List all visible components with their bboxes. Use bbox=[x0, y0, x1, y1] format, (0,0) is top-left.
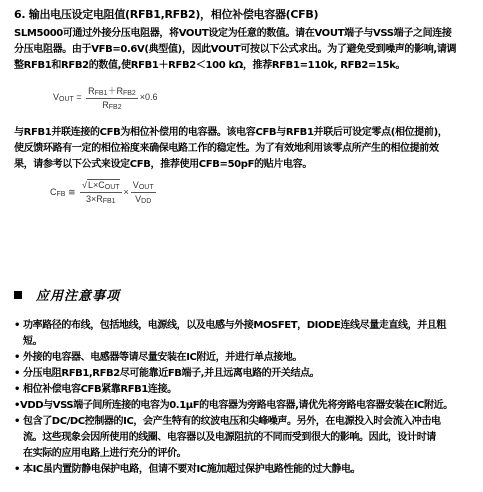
cfb-formula: CFB ≅ √L×COUT 3×RFB1 × VOUT VDD bbox=[50, 180, 158, 205]
paragraph-line: 使反馈环路有一定的相位裕度来确保电路工作的稳定性。为了有效地利用该零点所产生的相… bbox=[14, 141, 472, 157]
datasheet-page: 6. 输出电压设定电阻值(RFB1,RFB2)，相位补偿电容器(CFB) SLM… bbox=[0, 0, 483, 492]
numerator: VOUT bbox=[131, 180, 156, 193]
list-item-line: 相位补偿电容CFB紧靠RFB1连接。 bbox=[23, 382, 476, 398]
multiplier: ×0.6 bbox=[140, 92, 158, 102]
list-item-line: 在实际的应用电路上进行充分的评价。 bbox=[23, 446, 476, 462]
list-item-line: 分压电阻RFB1,RFB2尽可能靠近FB端子,并且远离电路的开关结点。 bbox=[23, 366, 476, 382]
equals-sign: = bbox=[76, 92, 81, 102]
list-item: • 功率路径的布线，包括地线，电源线，以及电感与外接MOSFET，DIODE连线… bbox=[14, 318, 476, 350]
application-notes-list: • 功率路径的布线，包括地线，电源线，以及电感与外接MOSFET，DIODE连线… bbox=[14, 318, 476, 478]
list-item-line: 短。 bbox=[23, 334, 476, 350]
bullet-icon: • bbox=[14, 350, 20, 366]
square-bullet-icon bbox=[14, 291, 22, 299]
formula-lhs: CFB bbox=[50, 187, 65, 197]
bullet-icon: • bbox=[14, 382, 20, 398]
paragraph-line: 分压电阻器。由于VFB=0.6V(典型值)，因此VOUT可按以下公式求出。为了避… bbox=[14, 42, 472, 58]
list-item-line: 本IC虽内置防静电保护电路，但请不要对IC施加超过保护电路性能的过大静电。 bbox=[23, 462, 476, 478]
numerator: RFB1＋RFB2 bbox=[86, 84, 138, 99]
list-item-text: VDD与VSS端子间所连接的电容为0.1μF的电容器为旁路电容器,请优先将旁路电… bbox=[20, 400, 453, 411]
numerator: √L×COUT bbox=[80, 180, 122, 193]
paragraph-phase-compensation: 与RFB1并联连接的CFB为相位补偿用的电容器。该电容CFB与RFB1并联后可设… bbox=[14, 125, 472, 173]
list-item-line: 功率路径的布线，包括地线，电源线，以及电感与外接MOSFET，DIODE连线尽量… bbox=[23, 318, 476, 334]
subscript: OUT bbox=[139, 184, 154, 191]
list-item: • 本IC虽内置防静电保护电路，但请不要对IC施加超过保护电路性能的过大静电。 bbox=[14, 462, 476, 478]
paragraph-line: SLM5000可通过外接分压电阻器，将VOUT设定为任意的数值。请在VOUT端子… bbox=[14, 26, 472, 42]
fraction: VOUT VDD bbox=[131, 180, 156, 205]
list-item-line: •VDD与VSS端子间所连接的电容为0.1μF的电容器为旁路电容器,请优先将旁路… bbox=[14, 398, 476, 414]
application-notes-heading: 应用注意事项 bbox=[14, 285, 120, 304]
formula-lhs: VOUT bbox=[53, 92, 74, 102]
bullet-icon: • bbox=[14, 414, 20, 430]
symbol: L×C bbox=[88, 180, 105, 190]
fraction: √L×COUT 3×RFB1 bbox=[80, 180, 122, 205]
symbol: 3×R bbox=[86, 194, 103, 204]
section-title: 6. 输出电压设定电阻值(RFB1,RFB2)，相位补偿电容器(CFB) bbox=[14, 6, 318, 22]
list-item: • 外接的电容器、电感器等请尽量安装在IC附近，并进行单点接地。 bbox=[14, 350, 476, 366]
bullet-icon: • bbox=[14, 462, 20, 478]
bullet-icon: • bbox=[14, 366, 20, 382]
fraction: RFB1＋RFB2 RFB2 bbox=[86, 84, 138, 111]
list-item-line: 包含了DC/DC控制器的IC，会产生特有的纹波电压和尖峰噪声。另外，在电源投入时… bbox=[23, 414, 476, 430]
paragraph-line: 整RFB1和RFB2的数值,使RFB1＋RFB2＜100 kΩ，推荐RFB1=1… bbox=[14, 58, 472, 74]
denominator: RFB2 bbox=[86, 99, 138, 111]
subscript: DD bbox=[141, 198, 151, 205]
denominator: 3×RFB1 bbox=[80, 193, 122, 205]
list-item: • 相位补偿电容CFB紧靠RFB1连接。 bbox=[14, 382, 476, 398]
list-item-line: 外接的电容器、电感器等请尽量安装在IC附近，并进行单点接地。 bbox=[23, 350, 476, 366]
paragraph-output-voltage: SLM5000可通过外接分压电阻器，将VOUT设定为任意的数值。请在VOUT端子… bbox=[14, 26, 472, 74]
vout-formula: VOUT = RFB1＋RFB2 RFB2 ×0.6 bbox=[53, 84, 158, 111]
paragraph-line: 与RFB1并联连接的CFB为相位补偿用的电容器。该电容CFB与RFB1并联后可设… bbox=[14, 125, 472, 141]
denominator: VDD bbox=[131, 193, 156, 205]
subscript: FB1 bbox=[95, 90, 108, 97]
subscript: FB bbox=[57, 191, 66, 198]
list-item: •VDD与VSS端子间所连接的电容为0.1μF的电容器为旁路电容器,请优先将旁路… bbox=[14, 398, 476, 414]
list-item-line: 流。这些现象会因所使用的线圈、电容器以及电源阻抗的不同而受到很大的影响。因此，设… bbox=[23, 430, 476, 446]
heading-text: 应用注意事项 bbox=[36, 285, 120, 304]
subscript: FB1 bbox=[103, 198, 116, 205]
subscript: FB2 bbox=[109, 104, 122, 111]
subscript: FB2 bbox=[123, 90, 136, 97]
paragraph-line: 果，请参考以下公式来设定CFB，推荐使用CFB=50pF的贴片电容。 bbox=[14, 157, 472, 173]
subscript: OUT bbox=[59, 96, 74, 103]
subscript: OUT bbox=[105, 184, 120, 191]
times-sign: × bbox=[124, 187, 129, 197]
radicand: L×COUT bbox=[87, 179, 120, 190]
approx-equal-sign: ≅ bbox=[68, 187, 76, 197]
list-item: • 分压电阻RFB1,RFB2尽可能靠近FB端子,并且远离电路的开关结点。 bbox=[14, 366, 476, 382]
list-item: • 包含了DC/DC控制器的IC，会产生特有的纹波电压和尖峰噪声。另外，在电源投… bbox=[14, 414, 476, 462]
bullet-icon: • bbox=[14, 318, 20, 334]
